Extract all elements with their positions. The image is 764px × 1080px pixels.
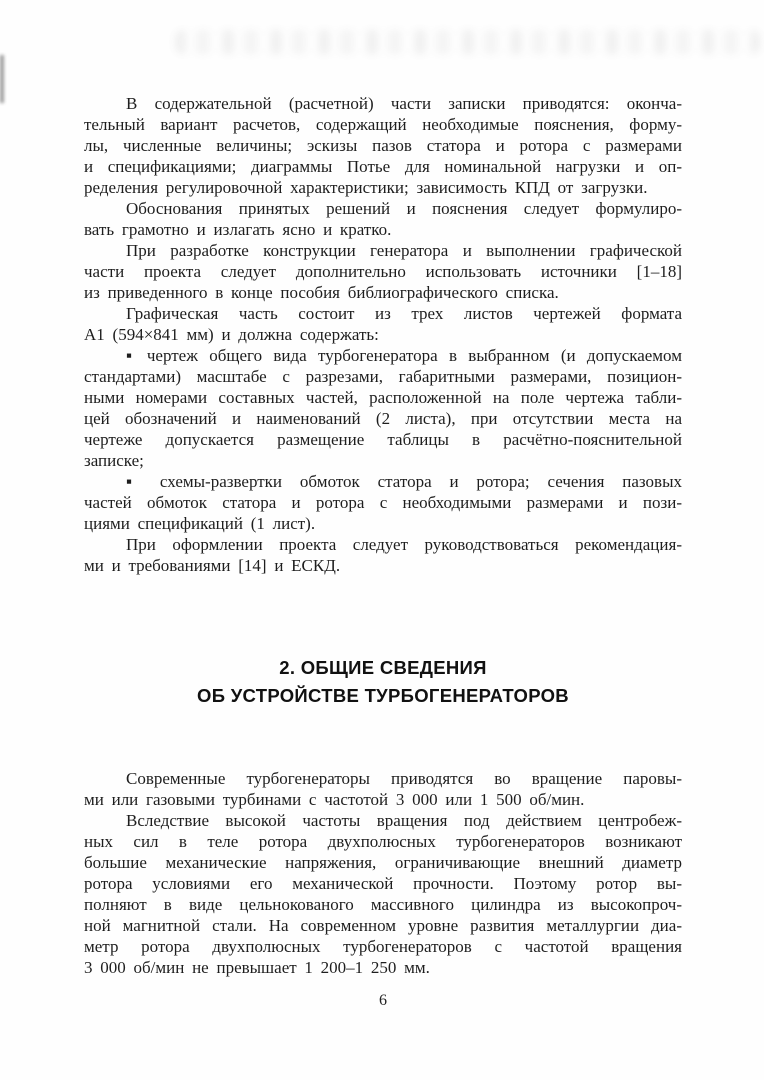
page-number: 6 — [84, 992, 682, 1010]
text-line: и спецификациями; диаграммы Потье для но… — [84, 156, 682, 177]
text-line: ▪ чертеж общего вида турбогенератора в в… — [84, 345, 682, 366]
paragraph: Обоснования принятых решений и пояснения… — [84, 198, 682, 240]
text-line: ределения регулировочной характеристики;… — [84, 177, 682, 198]
text-line: ми и требованиями [14] и ЕСКД. — [84, 555, 682, 576]
document-page: В содержательной (расчетной) части запис… — [0, 0, 764, 1080]
text-line: При разработке конструкции генератора и … — [84, 240, 682, 261]
heading-line: ОБ УСТРОЙСТВЕ ТУРБОГЕНЕРАТОРОВ — [84, 682, 682, 710]
paragraph: Графическая часть состоит из трех листов… — [84, 303, 682, 345]
text-line: частей обмоток статора и ротора с необхо… — [84, 492, 682, 513]
text-line: циями спецификаций (1 лист). — [84, 513, 682, 534]
text-line: В содержательной (расчетной) части запис… — [84, 93, 682, 114]
text-line: Обоснования принятых решений и пояснения… — [84, 198, 682, 219]
text-line: чертеже допускается размещение таблицы в… — [84, 429, 682, 450]
text-line: ми или газовыми турбинами с частотой 3 0… — [84, 789, 682, 810]
text-line: метр ротора двухполюсных турбогенераторо… — [84, 936, 682, 957]
paragraph: При оформлении проекта следует руководст… — [84, 534, 682, 576]
scan-edge-artifact — [0, 55, 4, 103]
text-line: А1 (594×841 мм) и должна содержать: — [84, 324, 682, 345]
section-heading: 2. ОБЩИЕ СВЕДЕНИЯОБ УСТРОЙСТВЕ ТУРБОГЕНЕ… — [84, 654, 682, 710]
text-line: стандартами) масштабе с разрезами, габар… — [84, 366, 682, 387]
text-line: ными номерами составных частей, располож… — [84, 387, 682, 408]
paragraph: В содержательной (расчетной) части запис… — [84, 93, 682, 198]
text-line: большие механические напряжения, огранич… — [84, 852, 682, 873]
paragraph: При разработке конструкции генератора и … — [84, 240, 682, 303]
heading-line: 2. ОБЩИЕ СВЕДЕНИЯ — [84, 654, 682, 682]
text-block: В содержательной (расчетной) части запис… — [84, 93, 682, 978]
text-line: При оформлении проекта следует руководст… — [84, 534, 682, 555]
text-line: ных сил в теле ротора двухполюсных турбо… — [84, 831, 682, 852]
text-line: Графическая часть состоит из трех листов… — [84, 303, 682, 324]
bullet-paragraph: ▪ схемы-развертки обмоток статора и рото… — [84, 471, 682, 534]
text-line: полняют в виде цельнокованого массивного… — [84, 894, 682, 915]
text-line: тельный вариант расчетов, содержащий нео… — [84, 114, 682, 135]
scan-showthrough-artifact — [175, 30, 760, 54]
text-line: Вследствие высокой частоты вращения под … — [84, 810, 682, 831]
paragraph: Вследствие высокой частоты вращения под … — [84, 810, 682, 978]
text-line: Современные турбогенераторы приводятся в… — [84, 768, 682, 789]
text-line: ▪ схемы-развертки обмоток статора и рото… — [84, 471, 682, 492]
text-line: части проекта следует дополнительно испо… — [84, 261, 682, 282]
text-line: вать грамотно и излагать ясно и кратко. — [84, 219, 682, 240]
text-line: записке; — [84, 450, 682, 471]
text-line: лы, численные величины; эскизы пазов ста… — [84, 135, 682, 156]
paragraph: Современные турбогенераторы приводятся в… — [84, 768, 682, 810]
text-line: из приведенного в конце пособия библиогр… — [84, 282, 682, 303]
text-line: ной магнитной стали. На современном уров… — [84, 915, 682, 936]
bullet-paragraph: ▪ чертеж общего вида турбогенератора в в… — [84, 345, 682, 471]
text-line: 3 000 об/мин не превышает 1 200–1 250 мм… — [84, 957, 682, 978]
text-line: цей обозначений и наименований (2 листа)… — [84, 408, 682, 429]
text-line: ротора условиями его механической прочно… — [84, 873, 682, 894]
